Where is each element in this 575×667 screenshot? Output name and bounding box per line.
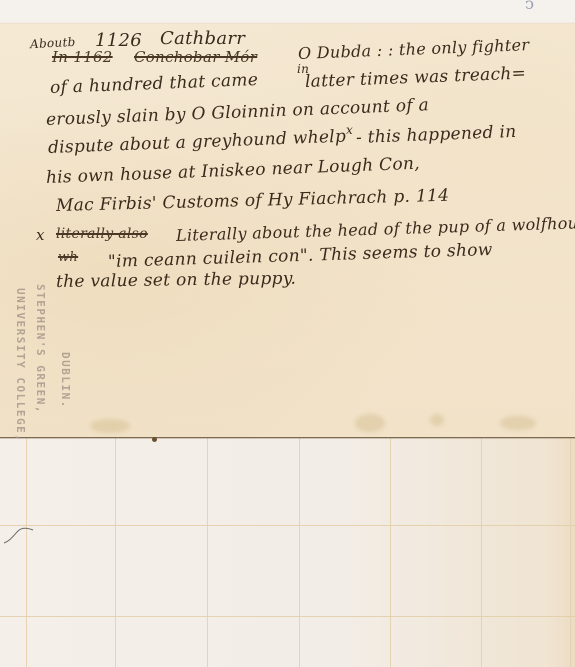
stain xyxy=(430,414,444,426)
footnote-mark: x xyxy=(36,226,45,244)
struck-text: literally also xyxy=(56,226,148,242)
grid-line-vertical xyxy=(390,437,391,667)
faint-pencil-mark: ↄ xyxy=(525,0,534,13)
ink-blot xyxy=(152,437,157,442)
grid-line-vertical xyxy=(299,437,300,667)
footnote-ref: x xyxy=(346,123,353,137)
grid-line-horizontal xyxy=(0,525,575,526)
page-top-margin xyxy=(0,0,575,24)
scanned-page: ↄ Aboutb 1126 Cathbarr In 1162 Conchobar… xyxy=(0,0,575,667)
grid-line-vertical xyxy=(26,437,27,667)
grid-line-vertical xyxy=(481,437,482,667)
stain xyxy=(500,416,536,430)
grid-line-horizontal xyxy=(0,616,575,617)
struck-text: Conchobar Mór xyxy=(134,48,257,66)
grid-line-vertical xyxy=(115,437,116,667)
struck-text: wh xyxy=(58,250,78,265)
stamp-line: STEPHEN'S GREEN, xyxy=(34,284,47,414)
note-text: the value set on the puppy. xyxy=(56,269,296,292)
stamp-line: UNIVERSITY COLLEGE, xyxy=(14,288,27,442)
pencil-squiggle xyxy=(2,525,36,547)
struck-text: In 1162 xyxy=(52,48,113,66)
grid-line-vertical xyxy=(570,437,571,667)
grid-line-vertical xyxy=(207,437,208,667)
stamp-line: DUBLIN. xyxy=(59,352,72,409)
stain xyxy=(355,414,385,432)
stain xyxy=(90,419,130,433)
note-insert: Cathbarr xyxy=(160,28,245,49)
